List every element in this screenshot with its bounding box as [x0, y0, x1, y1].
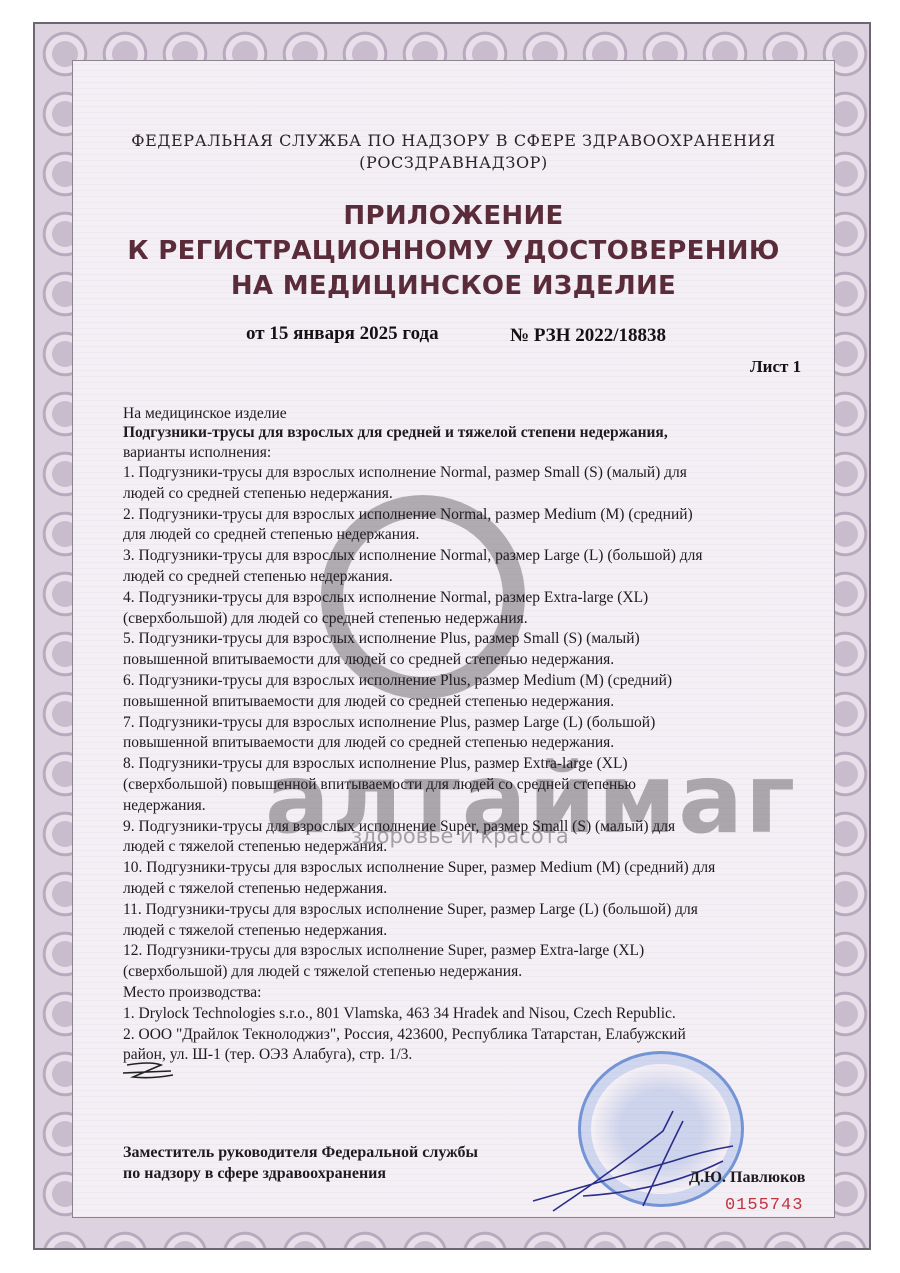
product-name: Подгузники-трусы для взрослых для средне… — [123, 424, 668, 442]
variants-label: варианты исполнения: — [123, 444, 271, 462]
sheet-number: Лист 1 — [750, 357, 801, 377]
text-line: 10. Подгузники-трусы для взрослых исполн… — [123, 859, 715, 880]
signer-position-line-1: Заместитель руководителя Федеральной слу… — [123, 1144, 478, 1162]
text-line: 6. Подгузники-трусы для взрослых исполне… — [123, 672, 715, 693]
text-line: людей с тяжелой степенью недержания. — [123, 922, 715, 943]
text-line: людей со средней степенью недержания. — [123, 568, 715, 589]
text-line: повышенной впитываемости для людей со ср… — [123, 651, 715, 672]
text-line: 2. Подгузники-трусы для взрослых исполне… — [123, 506, 715, 527]
certificate-body: ФЕДЕРАЛЬНАЯ СЛУЖБА ПО НАДЗОРУ В СФЕРЕ ЗД… — [72, 60, 835, 1218]
intro-text: На медицинское изделие — [123, 405, 287, 423]
text-line: 11. Подгузники-трусы для взрослых исполн… — [123, 901, 715, 922]
text-line: 12. Подгузники-трусы для взрослых исполн… — [123, 942, 715, 963]
registration-number: № РЗН 2022/18838 — [510, 325, 666, 347]
text-line: 5. Подгузники-трусы для взрослых исполне… — [123, 630, 715, 651]
text-line: повышенной впитываемости для людей со ср… — [123, 693, 715, 714]
text-line: людей с тяжелой степенью недержания. — [123, 880, 715, 901]
text-line: для людей со средней степенью недержания… — [123, 526, 715, 547]
text-line: 8. Подгузники-трусы для взрослых исполне… — [123, 755, 715, 776]
text-line: 3. Подгузники-трусы для взрослых исполне… — [123, 547, 715, 568]
serial-number: 0155743 — [725, 1196, 803, 1215]
signatory-name: Д.Ю. Павлюков — [689, 1169, 805, 1187]
text-line: людей с тяжелой степенью недержания. — [123, 838, 715, 859]
initials-signature-icon — [121, 1057, 181, 1087]
text-line: (сверхбольшой) для людей с тяжелой степе… — [123, 963, 715, 984]
agency-abbrev: (РОСЗДРАВНАДЗОР) — [73, 153, 834, 172]
text-line: повышенной впитываемости для людей со ср… — [123, 734, 715, 755]
text-line: 1. Подгузники-трусы для взрослых исполне… — [123, 464, 715, 485]
text-line: 1. Drylock Technologies s.r.o., 801 Vlam… — [123, 1005, 686, 1026]
text-line: 2. ООО "Драйлок Текнолоджиз", Россия, 42… — [123, 1026, 686, 1047]
production-list: 1. Drylock Technologies s.r.o., 801 Vlam… — [123, 1005, 686, 1067]
text-line: недержания. — [123, 797, 715, 818]
text-line: район, ул. Ш-1 (тер. ОЭЗ Алабуга), стр. … — [123, 1046, 686, 1067]
text-line: 9. Подгузники-трусы для взрослых исполне… — [123, 818, 715, 839]
variants-list: 1. Подгузники-трусы для взрослых исполне… — [123, 464, 715, 984]
title-line-2: К РЕГИСТРАЦИОННОМУ УДОСТОВЕРЕНИЮ — [73, 236, 834, 266]
text-line: 4. Подгузники-трусы для взрослых исполне… — [123, 589, 715, 610]
signer-position-line-2: по надзору в сфере здравоохранения — [123, 1165, 386, 1183]
text-line: людей со средней степенью недержания. — [123, 485, 715, 506]
agency-name: ФЕДЕРАЛЬНАЯ СЛУЖБА ПО НАДЗОРУ В СФЕРЕ ЗД… — [73, 131, 834, 150]
title-line-1: ПРИЛОЖЕНИЕ — [73, 201, 834, 231]
production-label: Место производства: — [123, 984, 262, 1002]
text-line: (сверхбольшой) для людей со средней степ… — [123, 610, 715, 631]
certificate-sheet: ФЕДЕРАЛЬНАЯ СЛУЖБА ПО НАДЗОРУ В СФЕРЕ ЗД… — [33, 22, 871, 1250]
issue-date: от 15 января 2025 года — [246, 323, 439, 345]
text-line: 7. Подгузники-трусы для взрослых исполне… — [123, 714, 715, 735]
title-line-3: НА МЕДИЦИНСКОЕ ИЗДЕЛИЕ — [73, 271, 834, 301]
text-line: (сверхбольшой) повышенной впитываемости … — [123, 776, 715, 797]
